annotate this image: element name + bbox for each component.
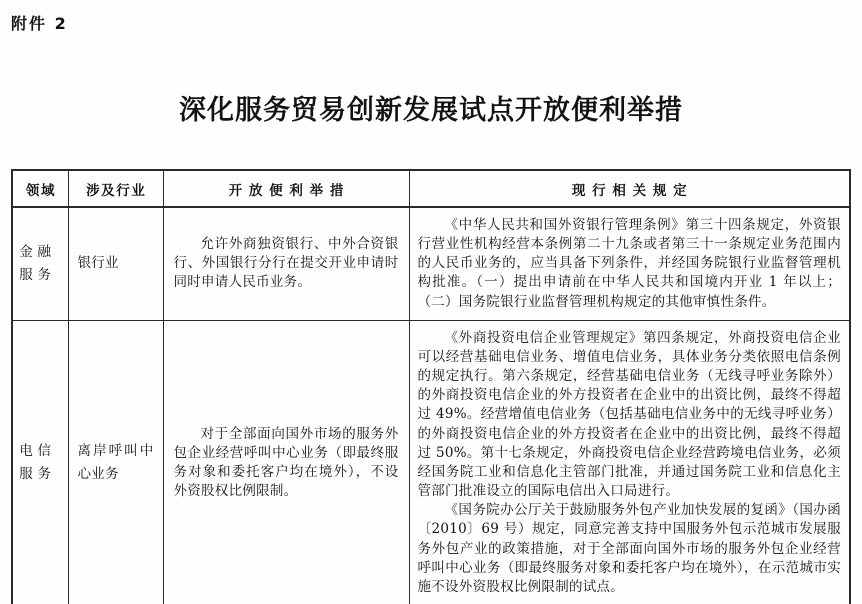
col-header-measure: 开放便利举措 bbox=[163, 170, 409, 207]
page-title: 深化服务贸易创新发展试点开放便利举措 bbox=[11, 88, 851, 127]
measure-text: 允许外商独资银行、中外合资银行、外国银行分行在提交开业申请时同时申请人民币业务。 bbox=[174, 235, 399, 292]
table-row-telecom: 电信服务 离岸呼叫中心业务 对于全部面向国外市场的服务外包企业经营呼叫中心业务（… bbox=[12, 320, 850, 604]
table-row-finance: 金融服务 银行业 允许外商独资银行、中外合资银行、外国银行分行在提交开业申请时同… bbox=[12, 207, 850, 320]
industry-label: 离岸呼叫中心业务 bbox=[78, 440, 154, 486]
field-cell: 金融服务 bbox=[12, 207, 68, 320]
col-header-regulation: 现行相关规定 bbox=[409, 170, 850, 207]
regulation-paragraph: 《中华人民共和国外资银行管理条例》第三十四条规定，外资银行营业性机构经营本条例第… bbox=[418, 216, 842, 312]
col-header-industry: 涉及行业 bbox=[68, 170, 163, 207]
col-header-field: 领域 bbox=[12, 170, 68, 207]
field-label: 电信服务 bbox=[19, 440, 61, 486]
industry-label: 银行业 bbox=[78, 252, 154, 275]
regulation-paragraph: 《外商投资电信企业管理规定》第四条规定，外商投资电信企业可以经营基础电信业务、增… bbox=[418, 329, 842, 501]
industry-cell: 离岸呼叫中心业务 bbox=[68, 320, 163, 604]
regulation-cell: 《中华人民共和国外资银行管理条例》第三十四条规定，外资银行营业性机构经营本条例第… bbox=[409, 207, 850, 320]
measures-table: 领域 涉及行业 开放便利举措 现行相关规定 金融服务 银行业 允许外商独资银行、… bbox=[11, 169, 851, 604]
field-label: 金融服务 bbox=[19, 241, 61, 287]
measure-text: 对于全部面向国外市场的服务外包企业经营呼叫中心业务（即最终服务对象和委托客户均在… bbox=[174, 425, 399, 502]
document-page: 附件 2 深化服务贸易创新发展试点开放便利举措 领域 涉及行业 开放便利举措 现… bbox=[0, 0, 862, 604]
industry-cell: 银行业 bbox=[68, 207, 163, 320]
measure-cell: 对于全部面向国外市场的服务外包企业经营呼叫中心业务（即最终服务对象和委托客户均在… bbox=[163, 320, 409, 604]
regulation-paragraph: 《国务院办公厅关于鼓励服务外包产业加快发展的复函》（国办函〔2010〕69 号）… bbox=[418, 501, 842, 597]
attachment-label: 附件 2 bbox=[11, 11, 851, 34]
regulation-cell: 《外商投资电信企业管理规定》第四条规定，外商投资电信企业可以经营基础电信业务、增… bbox=[409, 320, 850, 604]
table-header-row: 领域 涉及行业 开放便利举措 现行相关规定 bbox=[12, 170, 850, 207]
field-cell: 电信服务 bbox=[12, 320, 68, 604]
measure-cell: 允许外商独资银行、中外合资银行、外国银行分行在提交开业申请时同时申请人民币业务。 bbox=[163, 207, 409, 320]
